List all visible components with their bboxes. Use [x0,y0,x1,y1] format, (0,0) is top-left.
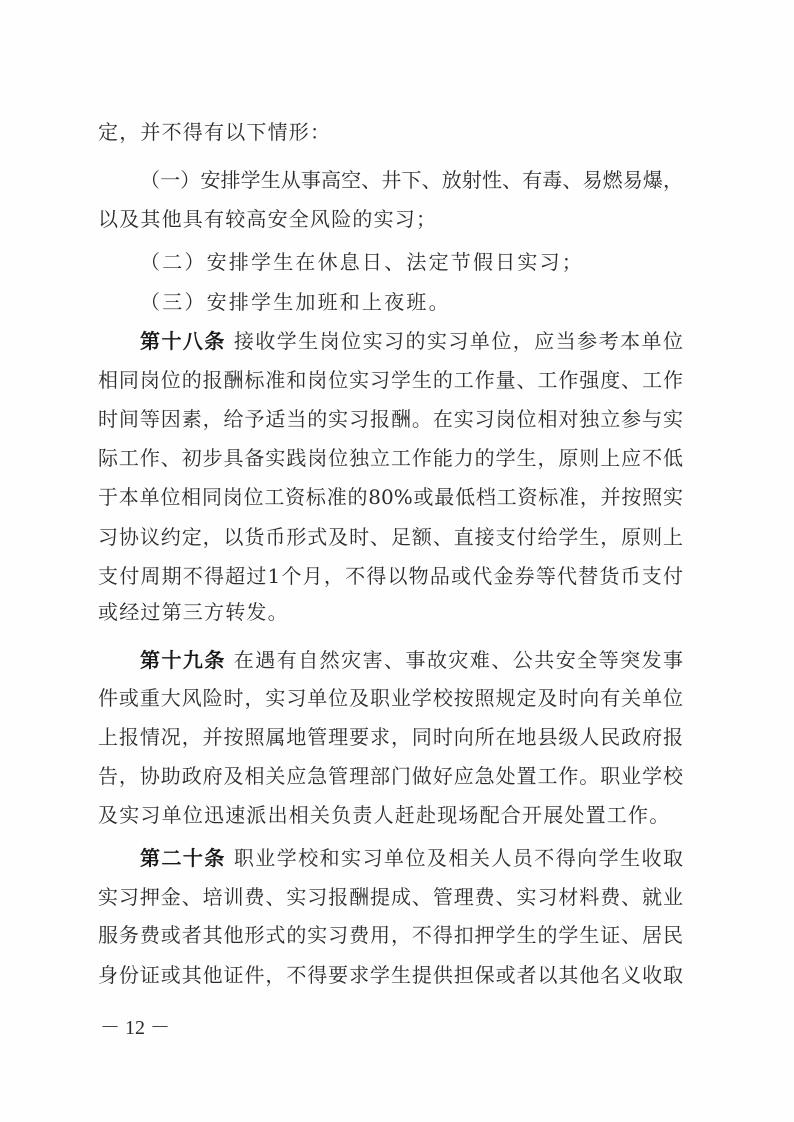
page-number: － 12 － [100,1016,170,1040]
article-18-line: 时间等因素，给予适当的实习报酬。在实习岗位相对独立参与实 [98,407,683,431]
article-19-text: 在遇有自然灾害、事故灾难、公共安全等突发事 [234,648,683,672]
document-page: 定，并不得有以下情形： （一）安排学生从事高空、井下、放射性、有毒、易燃易爆， … [0,0,794,1122]
article-19-label: 第十九条 [140,648,226,672]
article-19-line: 及实习单位迅速派出相关负责人赶赴现场配合开展处置工作。 [98,803,683,827]
list-item-2: （二）安排学生在休息日、法定节假日实习； [140,250,683,274]
article-18-label: 第十八条 [140,329,226,353]
list-item-1-continuation: 以及其他具有较高安全风险的实习； [98,207,683,231]
article-19-line: 件或重大风险时，实习单位及职业学校按照规定及时向有关单位 [98,686,683,710]
article-20-first-line: 第二十条职业学校和实习单位及相关人员不得向学生收取 [140,846,683,870]
article-19-line: 告，协助政府及相关应急管理部门做好应急处置工作。职业学校 [98,764,683,788]
article-18-first-line: 第十八条接收学生岗位实习的实习单位，应当参考本单位 [140,329,683,353]
article-20-label: 第二十条 [140,846,226,870]
list-item-1: （一）安排学生从事高空、井下、放射性、有毒、易燃易爆， [140,168,683,192]
article-20-line: 服务费或者其他形式的实习费用，不得扣押学生的学生证、居民 [98,923,683,947]
article-18-line: 或经过第三方转发。 [98,600,683,624]
article-18-line: 支付周期不得超过1个月，不得以物品或代金券等代替货币支付 [98,564,683,588]
article-20-text: 职业学校和实习单位及相关人员不得向学生收取 [234,846,683,870]
article-18-line: 于本单位相同岗位工资标准的80%或最低档工资标准，并按照实 [98,485,683,509]
article-18-text: 接收学生岗位实习的实习单位，应当参考本单位 [234,329,683,353]
article-18-line: 习协议约定，以货币形式及时、足额、直接支付给学生，原则上 [98,525,683,549]
article-18-line: 相同岗位的报酬标准和岗位实习学生的工作量、工作强度、工作 [98,368,683,392]
paragraph-line: 定，并不得有以下情形： [98,120,683,144]
article-19-first-line: 第十九条在遇有自然灾害、事故灾难、公共安全等突发事 [140,648,683,672]
article-19-line: 上报情况，并按照属地管理要求，同时向所在地县级人民政府报 [98,725,683,749]
article-18-line: 际工作、初步具备实践岗位独立工作能力的学生，原则上应不低 [98,446,683,470]
article-20-line: 实习押金、培训费、实习报酬提成、管理费、实习材料费、就业 [98,885,683,909]
article-20-line: 身份证或其他证件，不得要求学生提供担保或者以其他名义收取 [98,963,683,987]
list-item-3: （三）安排学生加班和上夜班。 [140,290,683,314]
